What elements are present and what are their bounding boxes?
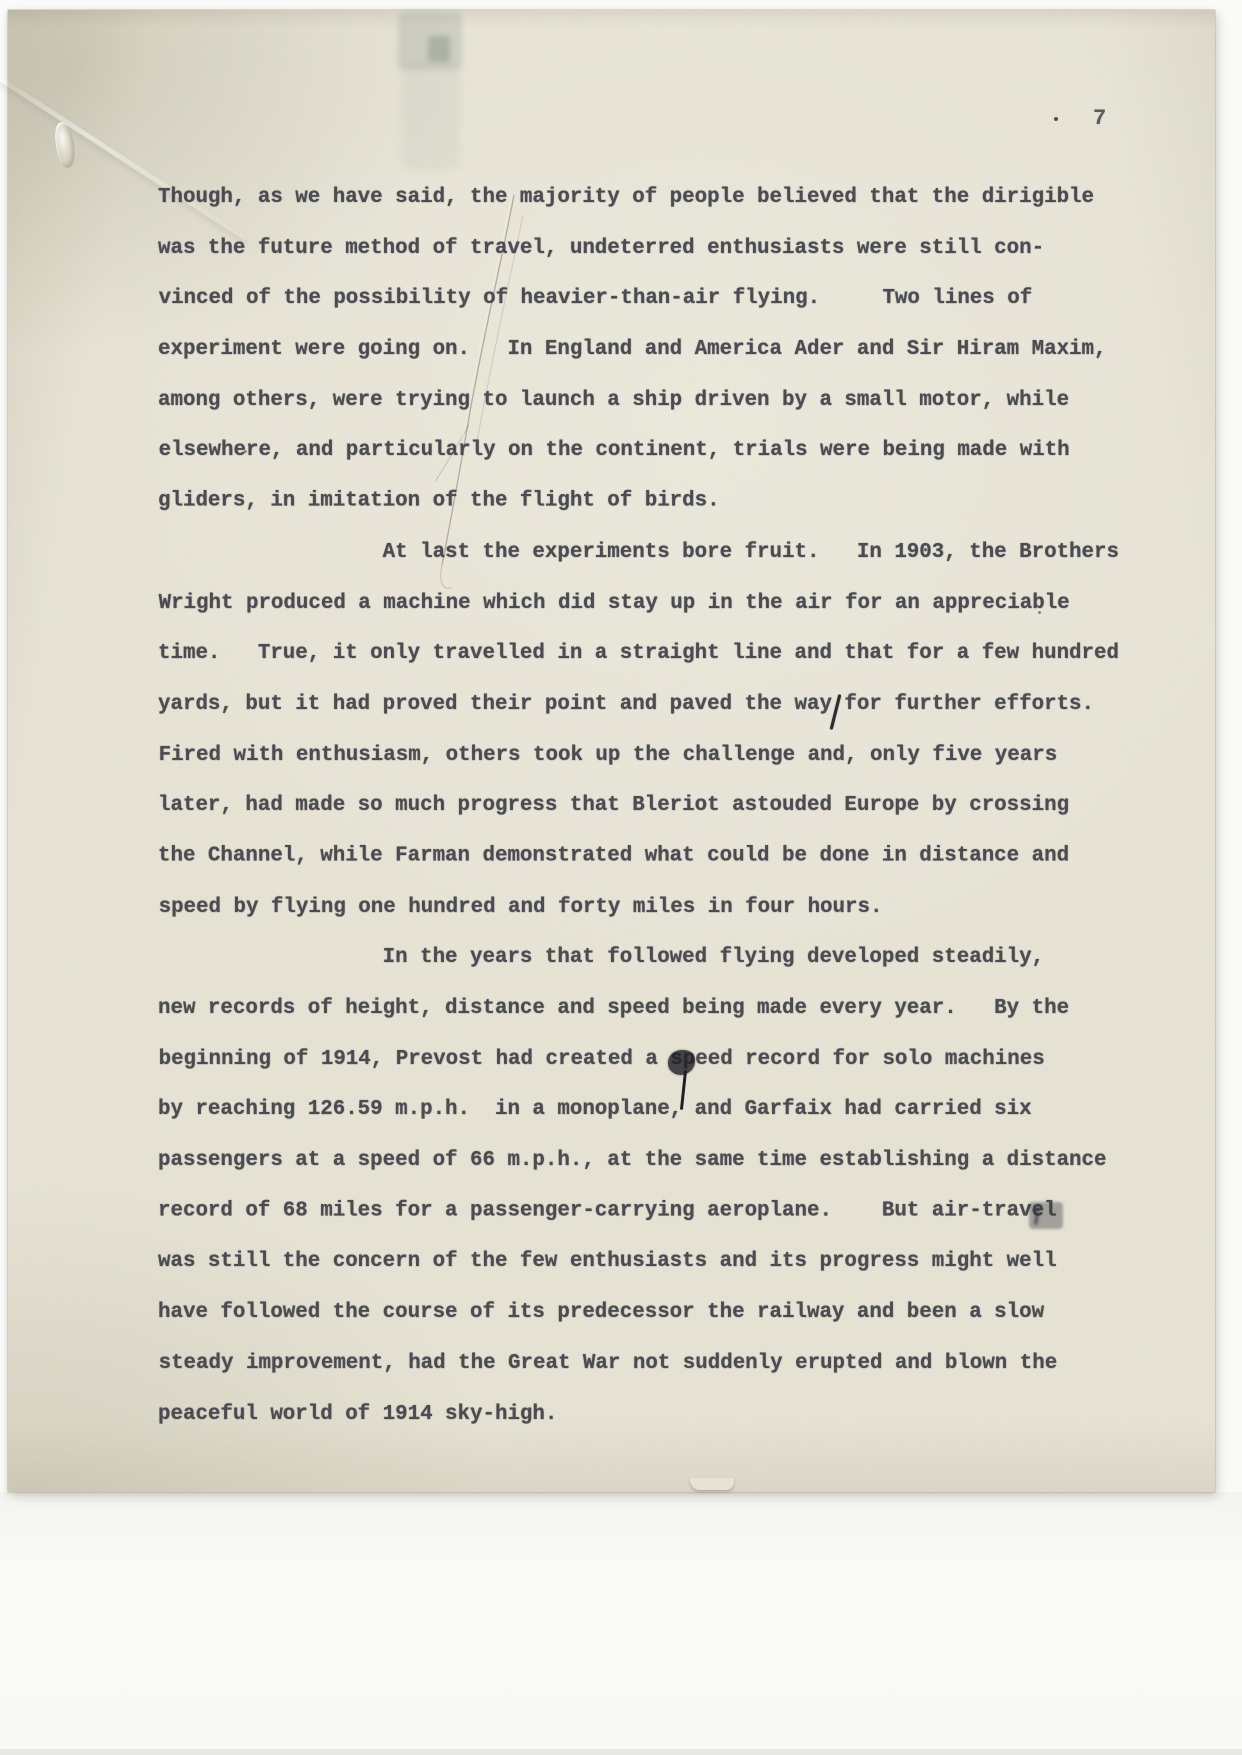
paper-edge-notch — [690, 1478, 734, 1490]
text-line: new records of height, distance and spee… — [158, 984, 1119, 1035]
text-line: among others, were trying to launch a sh… — [158, 376, 1119, 427]
page-number: 7 — [1093, 106, 1106, 131]
text-line: Fired with enthusiasm, others took up th… — [159, 731, 1120, 782]
text-line: beginning of 1914, Prevost had created a… — [159, 1035, 1120, 1086]
text-line: elsewhere, and particularly on the conti… — [159, 426, 1120, 477]
text-line: steady improvement, had the Great War no… — [159, 1339, 1120, 1390]
text-line: the Channel, while Farman demonstrated w… — [158, 831, 1119, 882]
text-line: passengers at a speed of 66 m.p.h., at t… — [158, 1136, 1119, 1187]
paper-sheet: 7 Though, as we have said, the majority … — [8, 10, 1215, 1492]
text-line: gliders, in imitation of the flight of b… — [158, 477, 1119, 528]
typescript-body: Though, as we have said, the majority of… — [158, 173, 1119, 1440]
text-line: vinced of the possibility of heavier-tha… — [159, 274, 1120, 325]
text-line: In the years that followed flying develo… — [158, 933, 1119, 984]
text-line: Wright produced a machine which did stay… — [159, 579, 1120, 630]
text-line: experiment were going on. In England and… — [158, 325, 1119, 376]
text-line: peaceful world of 1914 sky-high. — [158, 1390, 1119, 1441]
text-line: time. True, it only travelled in a strai… — [158, 629, 1119, 680]
scanned-page: 7 Though, as we have said, the majority … — [0, 0, 1242, 1755]
scanner-background-band — [0, 1492, 1242, 1755]
text-line: later, had made so much progress that Bl… — [158, 781, 1119, 832]
text-line: have followed the course of its predeces… — [158, 1288, 1119, 1339]
overtyped-correction-smear — [1029, 1202, 1063, 1229]
scan-bottom-edge — [0, 1749, 1242, 1755]
text-line: Though, as we have said, the majority of… — [158, 173, 1119, 224]
text-line: was still the concern of the few enthusi… — [158, 1237, 1119, 1288]
text-line: speed by flying one hundred and forty mi… — [159, 883, 1120, 934]
text-line: was the future method of travel, undeter… — [158, 224, 1119, 275]
text-line: yards, but it had proved their point and… — [158, 680, 1119, 731]
text-line: record of 68 miles for a passenger-carry… — [158, 1186, 1119, 1237]
text-line: At last the experiments bore fruit. In 1… — [158, 528, 1119, 579]
pencil-smudge-streak — [402, 62, 460, 170]
text-line: by reaching 126.59 m.p.h. in a monoplane… — [158, 1085, 1119, 1136]
ink-speck — [1054, 117, 1058, 121]
